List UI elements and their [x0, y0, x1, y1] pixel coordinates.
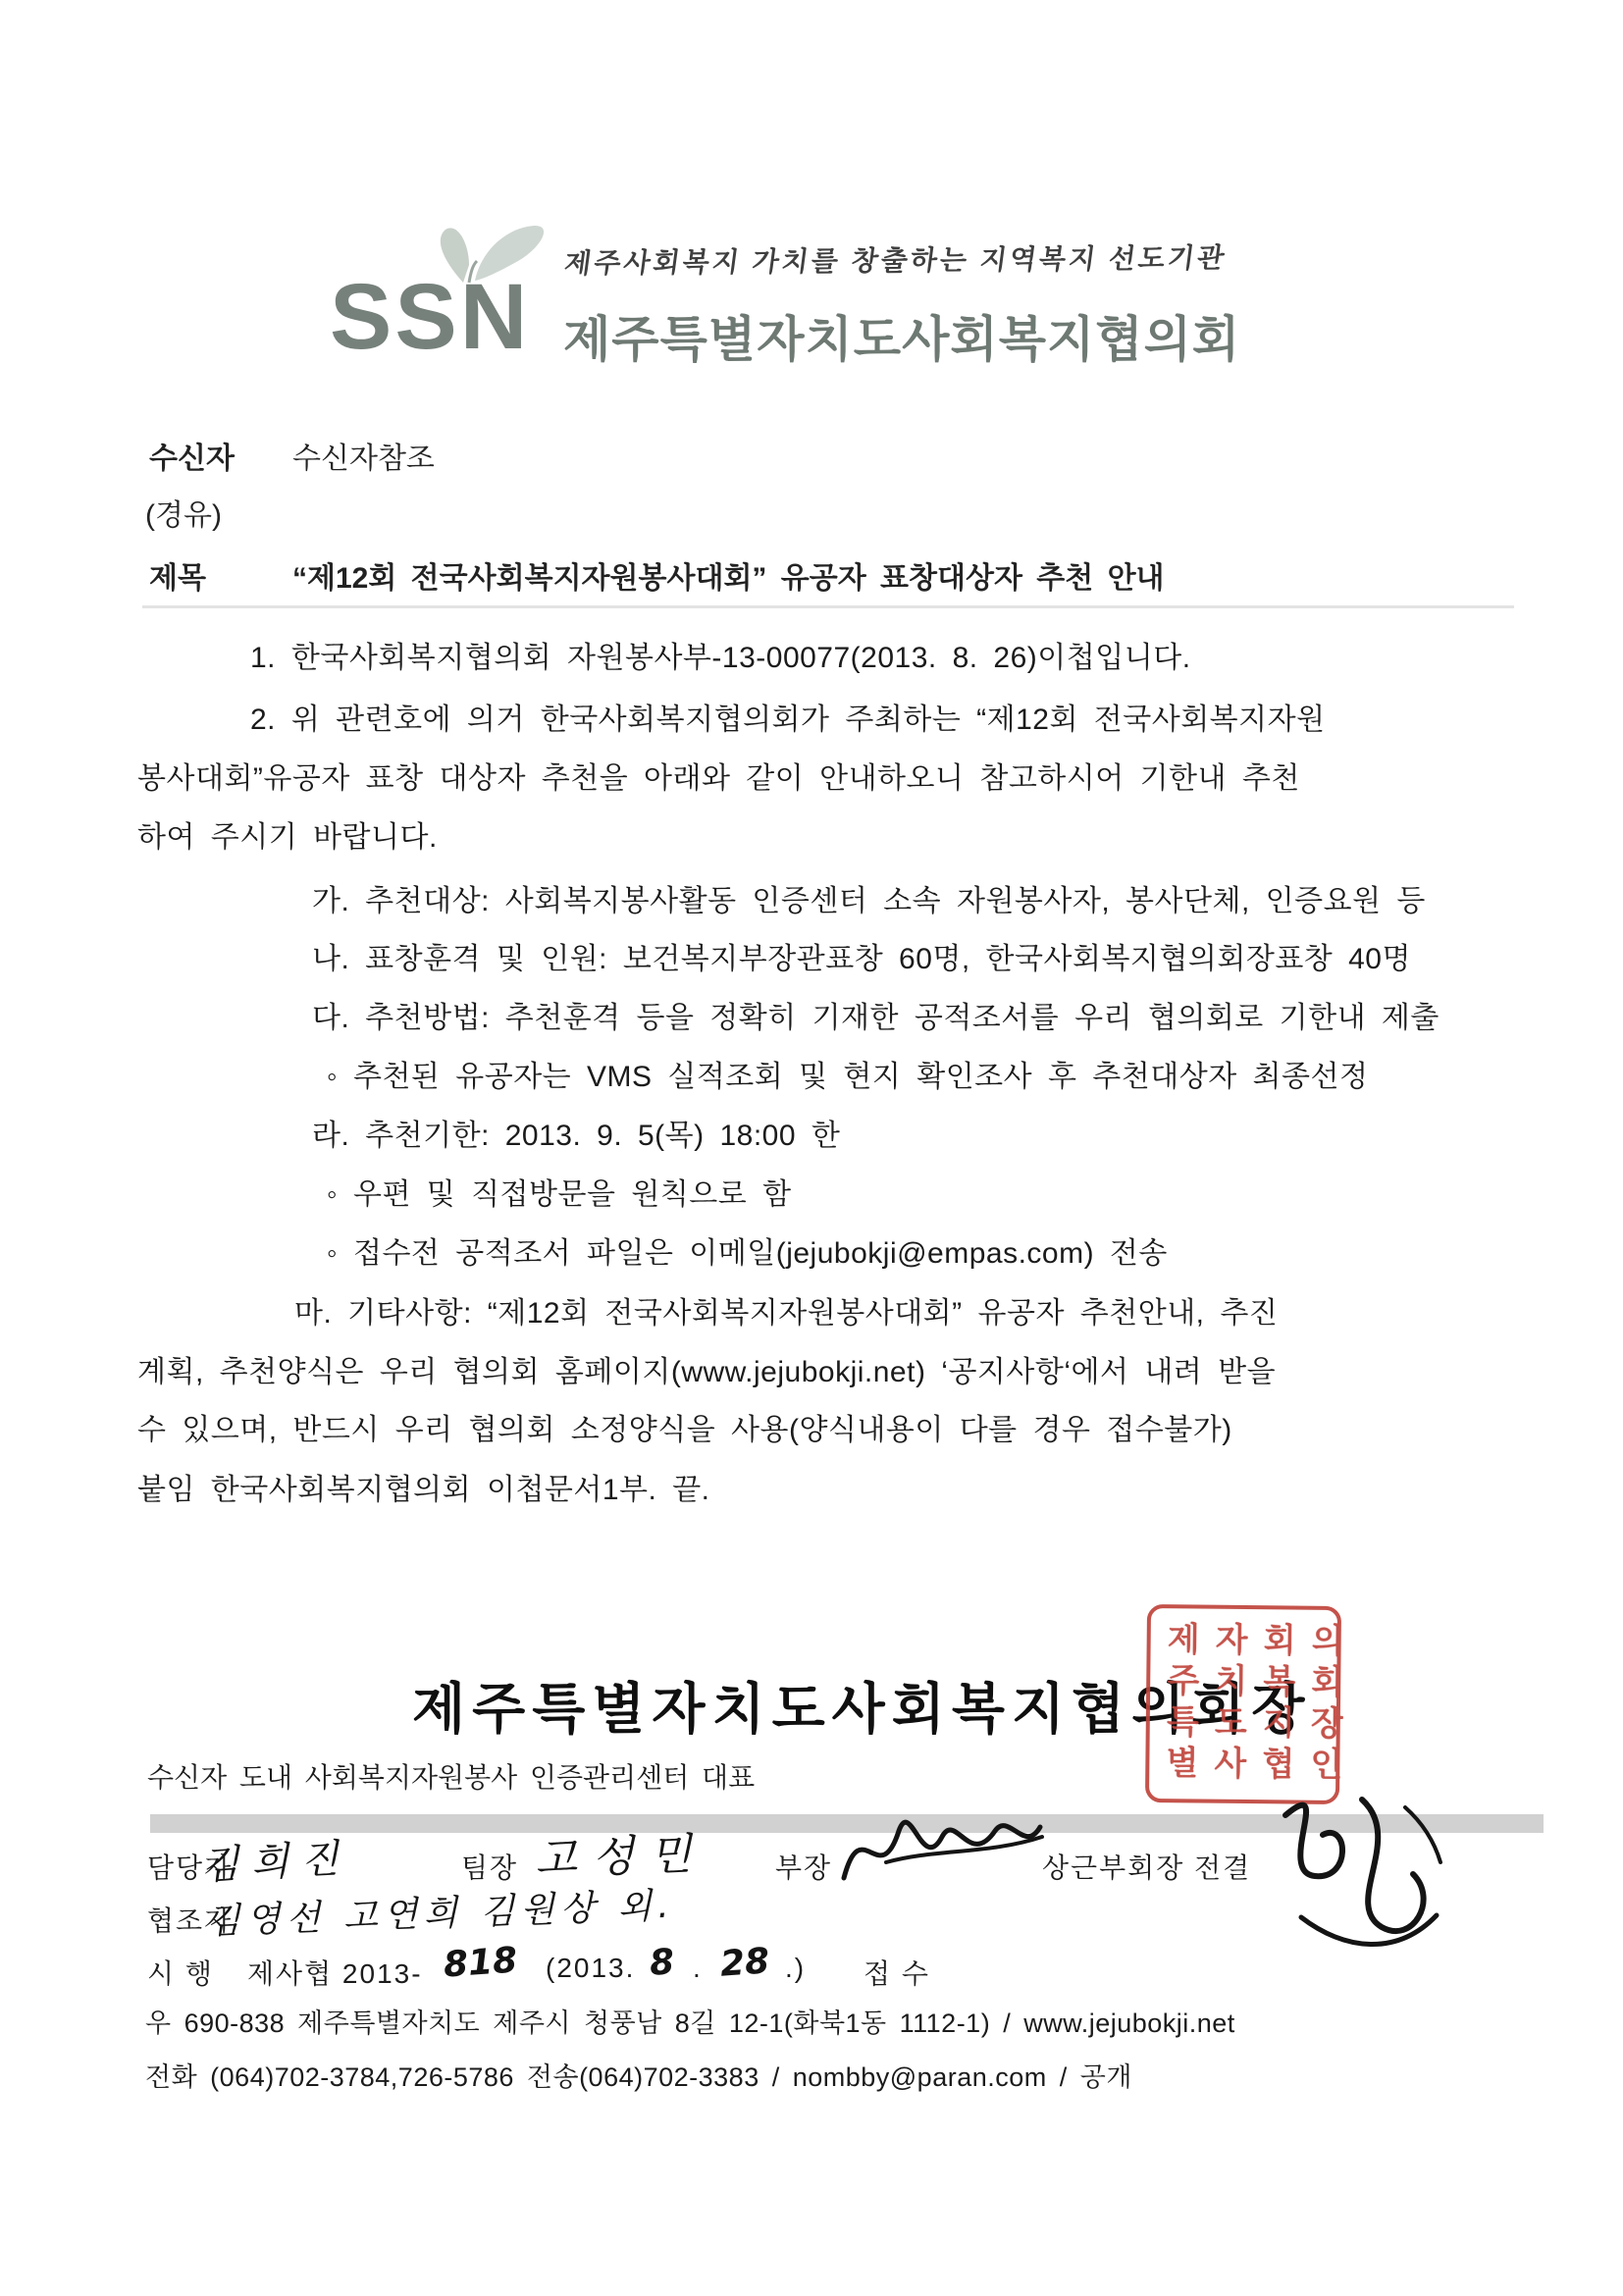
- cooperator-signature-names: 김영선 고연희 김원상 외.: [205, 1878, 675, 1945]
- ssn-logo: SSN: [330, 271, 530, 364]
- execution-doc-no-handwritten: 818: [443, 1940, 519, 1985]
- team-leader-label: 팀장: [461, 1847, 518, 1886]
- body-line: 붙임 한국사회복지협의회 이첩문서1부. 끝.: [137, 1465, 710, 1508]
- execution-date-open: (2013.: [546, 1953, 635, 1984]
- dept-head-signature: [832, 1798, 1048, 1905]
- execution-date-dot: .: [693, 1953, 703, 1984]
- execution-date-close: .): [785, 1953, 806, 1984]
- body-line: 수 있으며, 반드시 우리 협의회 소정양식을 사용(양식내용이 다를 경우 접…: [137, 1405, 1232, 1448]
- divider-line: [142, 605, 1514, 608]
- final-approver-signature: [1258, 1778, 1464, 1964]
- seal-text-column: 자치도사: [1203, 1617, 1253, 1793]
- execution-doc-no-prefix: 제사협 2013-: [247, 1953, 423, 1992]
- body-line: ◦ 우편 및 직접방문을 원칙으로 함: [327, 1170, 792, 1213]
- body-line: 나. 표창훈격 및 인원: 보건복지부장관표창 60명, 한국사회복지협의회장표…: [312, 934, 1411, 977]
- body-line: 다. 추천방법: 추천훈격 등을 정확히 기재한 공적조서를 우리 협의회로 기…: [312, 993, 1440, 1036]
- body-line: 하여 주시기 바랍니다.: [137, 812, 438, 856]
- subject-label: 제목: [149, 553, 206, 597]
- execution-day-handwritten: 28: [719, 1941, 771, 1984]
- official-seal-stamp: 제주특별 자치도사 회복지협 의회장인: [1145, 1604, 1341, 1804]
- recipient-value: 수신자참조: [292, 434, 435, 477]
- recipient-label: 수신자: [149, 434, 235, 477]
- body-line: 계획, 추천양식은 우리 협의회 홈페이지(www.jejubokji.net)…: [137, 1347, 1276, 1390]
- subject-value: “제12회 전국사회복지자원봉사대회” 유공자 표창대상자 추천 안내: [292, 553, 1165, 597]
- document-page: 제주사회복지 가치를 창출하는 지역복지 선도기관 SSN 제주특별자치도사회복…: [0, 0, 1623, 2296]
- via-field: (경유): [145, 491, 222, 534]
- phone-contact-line: 전화 (064)702-3784,726-5786 전송(064)702-338…: [145, 2056, 1132, 2094]
- seal-text-column: 의회장인: [1299, 1618, 1349, 1794]
- body-line: 가. 추천대상: 사회복지봉사활동 인증센터 소속 자원봉사자, 봉사단체, 인…: [312, 876, 1426, 919]
- execution-month-handwritten: 8: [649, 1942, 676, 1984]
- receipt-label: 접 수: [864, 1953, 930, 1992]
- body-line: 2. 위 관련호에 의거 한국사회복지협의회가 주최하는 “제12회 전국사회복…: [250, 695, 1326, 738]
- recipients-line: 수신자 도내 사회복지자원봉사 인증관리센터 대표: [147, 1756, 755, 1796]
- postal-address-line: 우 690-838 제주특별자치도 제주시 청풍남 8길 12-1(화북1동 1…: [145, 2002, 1235, 2040]
- letterhead-slogan: 제주사회복지 가치를 창출하는 지역복지 선도기관: [562, 236, 1230, 282]
- team-leader-signature-name: 고성민: [534, 1818, 708, 1887]
- seal-text-column: 회복지협: [1251, 1617, 1301, 1793]
- body-line: ◦ 추천된 유공자는 VMS 실적조회 및 현지 확인조사 후 추천대상자 최종…: [327, 1052, 1368, 1095]
- org-name: 제주특별자치도사회복지협의회: [563, 300, 1240, 371]
- body-line: 마. 기타사항: “제12회 전국사회복지자원봉사대회” 유공자 추천안내, 추…: [294, 1288, 1278, 1331]
- body-line: 라. 추천기한: 2013. 9. 5(목) 18:00 한: [312, 1111, 840, 1154]
- dept-head-label: 부장: [775, 1847, 832, 1886]
- seal-text-column: 제주특별: [1155, 1616, 1205, 1792]
- body-line: ◦ 접수전 공적조서 파일은 이메일(jejubokji@empas.com) …: [327, 1228, 1168, 1272]
- body-line: 봉사대회”유공자 표창 대상자 추천을 아래와 같이 안내하오니 참고하시어 기…: [137, 754, 1300, 797]
- drafter-signature-name: 김희진: [200, 1827, 352, 1891]
- body-line: 1. 한국사회복지협의회 자원봉사부-13-00077(2013. 8. 26)…: [250, 633, 1191, 676]
- final-approval-label: 상근부회장 전결: [1042, 1847, 1251, 1886]
- execution-label: 시 행: [147, 1953, 214, 1992]
